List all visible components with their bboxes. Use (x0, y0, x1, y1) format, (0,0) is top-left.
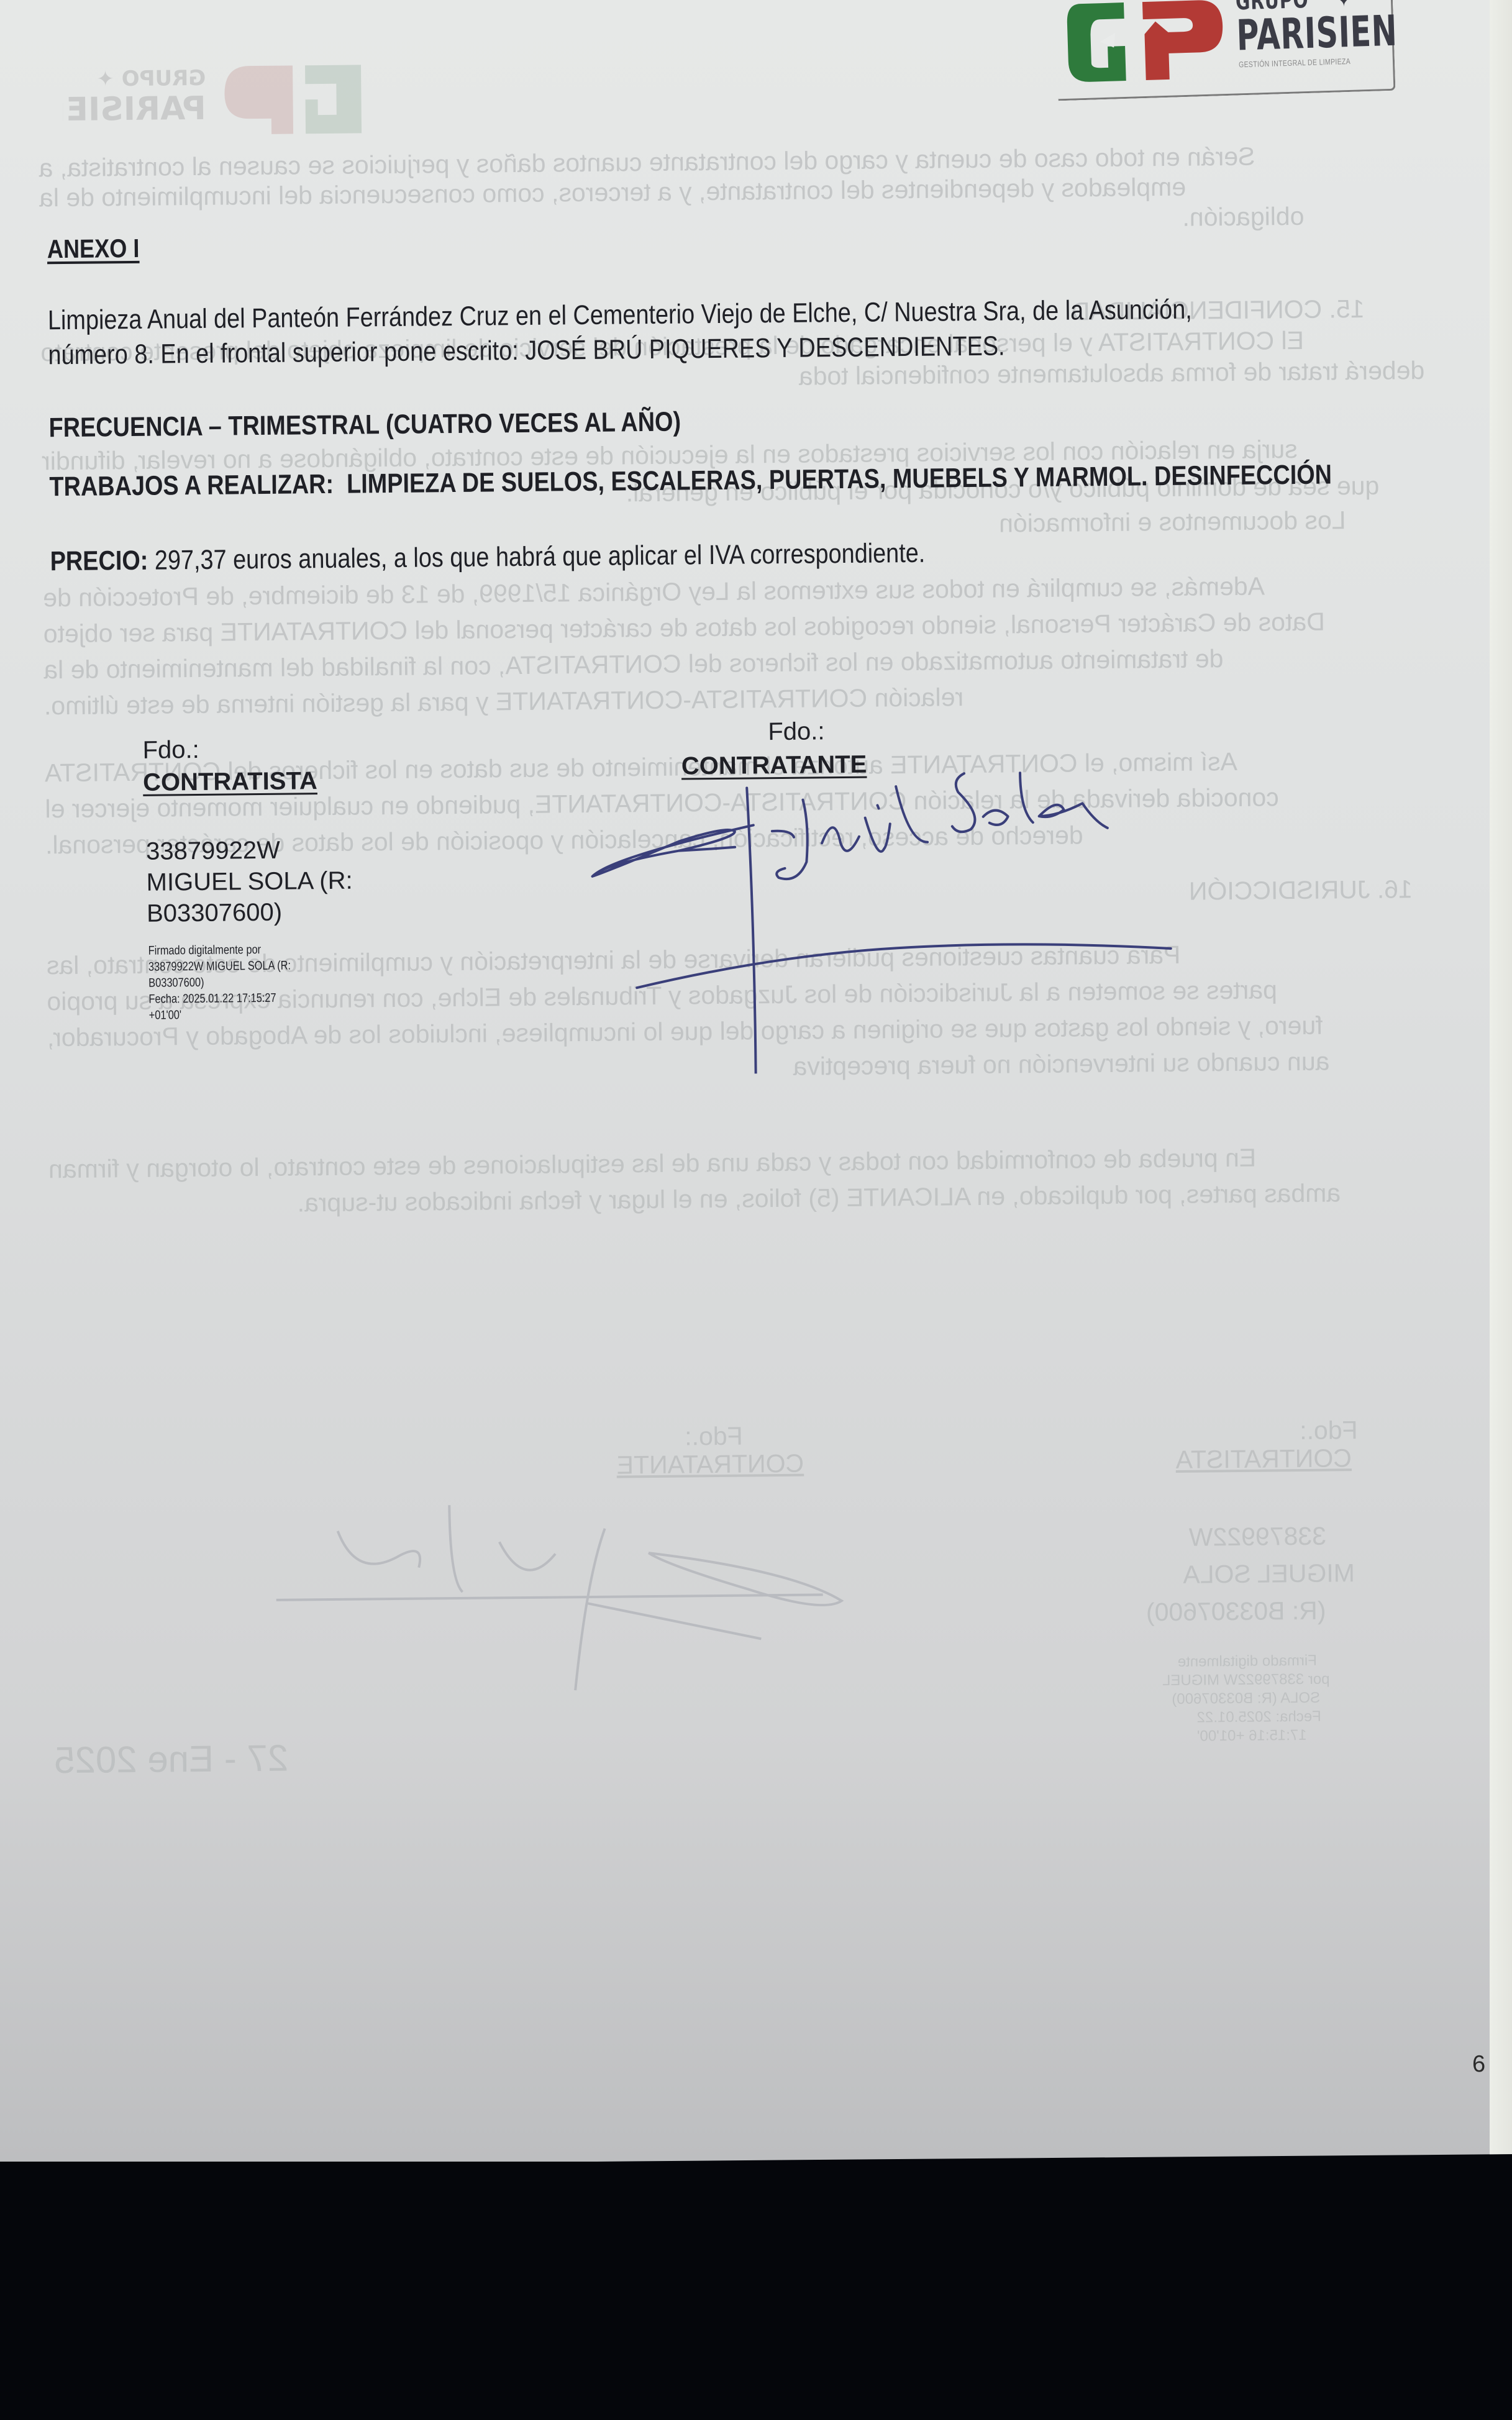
svg-text:GRUPO ✦: GRUPO ✦ (96, 66, 206, 92)
digital-signature-tz: +01'00' (149, 1006, 291, 1024)
bleed-role: CONTRATISTA (1175, 1444, 1352, 1475)
digital-signature-line: 33879922W MIGUEL SOLA (R: (148, 958, 291, 975)
company-logo: GRUPO ✦ PARISIEN GESTIÓN INTEGRAL DE LIM… (1055, 0, 1396, 101)
contratista-id: 33879922W (146, 835, 280, 867)
contratista-fdo: Fdo.: (142, 736, 199, 765)
contratista-name: MIGUEL SOLA (R: (146, 865, 352, 898)
price-value: 297,37 euros anuales, a los que habrá qu… (155, 538, 926, 576)
bleed-ref: (R: B03307600) (1146, 1596, 1326, 1627)
frequency-label: FRECUENCIA – TRIMESTRAL (CUATRO VECES AL… (48, 407, 681, 444)
bleed-line: Datos de Carácter Personal, siendo recog… (43, 607, 1325, 649)
bleed-handwritten-date: 27 - Ene 2025 (54, 1737, 289, 1782)
handwritten-signature (585, 734, 1209, 1075)
digital-signature-date: Fecha: 2025.01.22 17:15:27 (148, 990, 291, 1008)
logo-text-parisien: PARISIEN (1236, 7, 1398, 61)
bleed-line: relación CONTRATISTA-CONTRATANTE y para … (44, 683, 964, 721)
price-section: PRECIO: 297,37 euros anuales, a los que … (50, 538, 925, 578)
annex-title: ANEXO I (47, 234, 140, 264)
digital-signature-stamp: Firmado digitalmente por 33879922W MIGUE… (148, 942, 291, 1024)
contratista-role: CONTRATISTA (143, 767, 317, 797)
bleed-fdo: Fdo.: (685, 1422, 743, 1452)
bleed-line: ambas partes, por duplicado, en ALICANTE… (297, 1178, 1341, 1217)
bleed-line: En prueba de conformidad con todas y cad… (48, 1144, 1257, 1185)
bleed-line: Además, se cumplirá en todos sus extremo… (43, 572, 1265, 613)
digital-signature-line: B03307600) (148, 974, 291, 991)
digital-signature-line: Firmado digitalmente por (148, 942, 291, 959)
bleed-digital: por 33879922W MIGUEL (1162, 1671, 1330, 1690)
ghost-logo-bleed: GRUPO ✦ PARISIEN (63, 40, 375, 142)
bleed-line: 16. JURISDICCIÓN (1189, 875, 1413, 906)
bleed-digital: Firmado digitalmente (1178, 1652, 1317, 1671)
bleed-name: MIGUEL SOLA (1183, 1558, 1355, 1590)
bleed-id: 33879922W (1189, 1522, 1327, 1552)
ghost-signature-bleed (263, 1451, 886, 1706)
bleed-line: Los documentos e información (999, 506, 1346, 538)
gp-logo-mark (1062, 0, 1232, 86)
bleed-fdo: Fdo.: (1300, 1416, 1358, 1445)
bleed-line: obligación. (1182, 202, 1304, 232)
bleed-line: de tratamiento automatizado en los fiche… (43, 644, 1223, 685)
bleed-digital: SOLA (R: B03307600) (1172, 1690, 1320, 1708)
works-label: TRABAJOS A REALIZAR: (49, 469, 334, 502)
document-page: GRUPO ✦ PARISIEN Serán en todo caso de c… (0, 0, 1512, 2162)
bleed-digital: 17:15:16 +01'00' (1197, 1727, 1307, 1745)
price-label: PRECIO: (50, 545, 148, 577)
document-content: GRUPO ✦ PARISIEN Serán en todo caso de c… (0, 0, 1512, 2162)
page-number: 6 (1472, 2051, 1486, 2078)
contratista-ref: B03307600) (147, 897, 282, 929)
bleed-digital: Fecha: 2025.01.22 (1197, 1708, 1321, 1727)
svg-text:PARISIEN: PARISIEN (63, 90, 206, 129)
